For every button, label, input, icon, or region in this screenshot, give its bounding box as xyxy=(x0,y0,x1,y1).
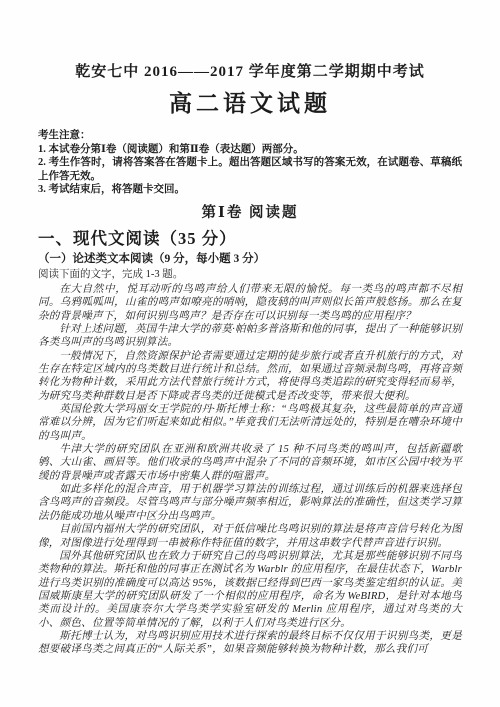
volume-heading: 第Ⅰ卷 阅读题 xyxy=(38,204,462,223)
notice-item: 2. 考生作答时，请将答案答在答题卡上。超出答题区域书写的答案无效，在试题卷、草… xyxy=(38,156,462,183)
article-paragraph: 如此多样化的混合声音，用于机器学习算法的训练过程，通过训练后的机器来选择包含鸟鸣… xyxy=(38,483,462,523)
part-heading: 一、现代文阅读（35 分） xyxy=(38,228,462,249)
exam-header: 乾安七中 2016——2017 学年度第二学期期中考试 xyxy=(38,62,462,82)
notice-label: 考生注意： xyxy=(38,129,462,143)
article-paragraph: 国外其他研究团队也在致力于研究自己的鸟鸣识别算法，尤其是那些能够识别不同鸟类物种… xyxy=(38,550,462,630)
article-paragraph: 牛津大学的研究团队在亚洲和欧洲共收录了 15 种不同鸟类的鸣叫声，包括新疆歌鸲、… xyxy=(38,443,462,483)
candidate-notice: 考生注意： 1. 本试卷分第Ⅰ卷（阅读题）和第Ⅱ卷（表达题）两部分。 2. 考生… xyxy=(38,129,462,197)
article-paragraph: 英国伦敦大学玛丽女王学院的丹·斯托博士称：“鸟鸣极其复杂，这些最简单的声音通常难… xyxy=(38,403,462,443)
notice-item: 1. 本试卷分第Ⅰ卷（阅读题）和第Ⅱ卷（表达题）两部分。 xyxy=(38,143,462,157)
reading-passage: 在大自然中，悦耳动听的鸟鸣声给人们带来无限的愉悦。每一类鸟的鸣声都不尽相同。乌鸦… xyxy=(38,283,462,657)
exam-title: 高二语文试题 xyxy=(38,89,462,119)
reading-instruction: 阅读下面的文字，完成 1-3 题。 xyxy=(38,268,462,282)
subpart-heading: （一）论述类文本阅读（9 分，每小题 3 分） xyxy=(38,252,462,267)
article-paragraph: 在大自然中，悦耳动听的鸟鸣声给人们带来无限的愉悦。每一类鸟的鸣声都不尽相同。乌鸦… xyxy=(38,283,462,323)
article-paragraph: 目前国内福州大学的研究团队，对于低信噪比鸟鸣识别的算法是将声音信号转化为图像，对… xyxy=(38,523,462,550)
article-paragraph: 一般情况下，自然资源保护论者需要通过定期的徒步旅行或者直升机旅行的方式，对生存在… xyxy=(38,350,462,403)
article-paragraph: 针对上述问题，英国牛津大学的蒂莫·帕帕多普洛斯和他的同事，提出了一种能够识别各类… xyxy=(38,323,462,350)
exam-paper-page: 乾安七中 2016——2017 学年度第二学期期中考试 高二语文试题 考生注意：… xyxy=(0,0,500,707)
notice-item: 3. 考试结束后，将答题卡交回。 xyxy=(38,183,462,197)
article-paragraph: 斯托博士认为，对鸟鸣识别应用技术进行探索的最终目标不仅仅用于识别鸟类，更是想要破… xyxy=(38,630,462,657)
